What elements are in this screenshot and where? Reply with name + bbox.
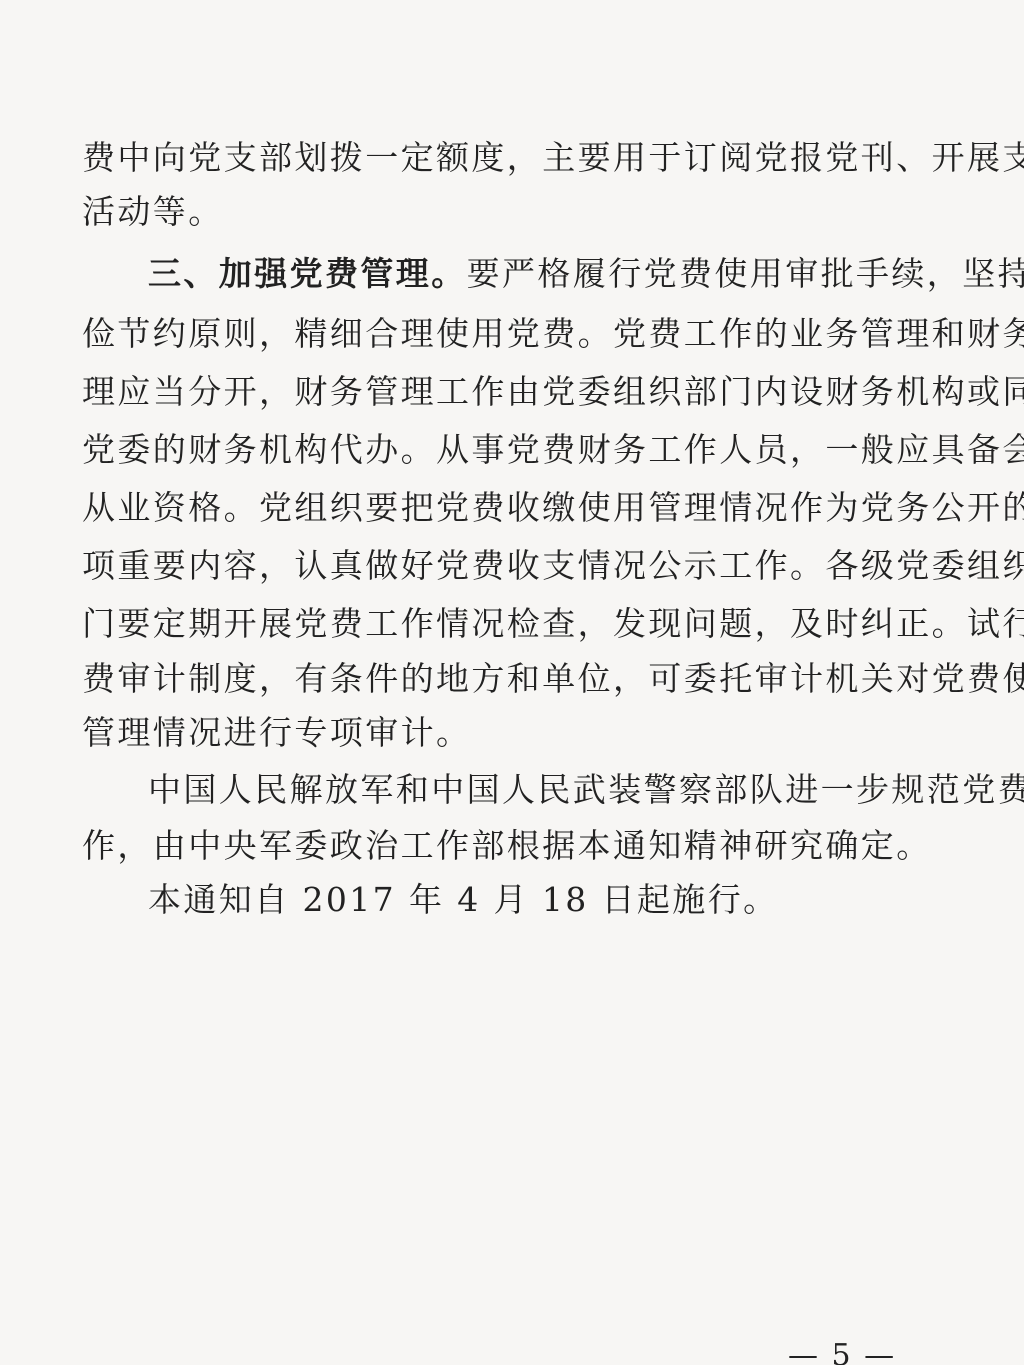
section-heading: 三、加强党费管理。 (148, 254, 467, 293)
text-line: 中国人民解放军和中国人民武装警察部队进一步规范党费工 (148, 770, 1024, 810)
text-line: 本通知自 2017 年 4 月 18 日起施行。 (148, 880, 779, 920)
document-page: 费中向党支部划拨一定额度，主要用于订阅党报党刊、开展支部 活动等。 三、加强党费… (0, 0, 1024, 1365)
text-line: 俭节约原则，精细合理使用党费。党费工作的业务管理和财务管 (82, 314, 1024, 354)
text-line: 理应当分开，财务管理工作由党委组织部门内设财务机构或同级 (82, 372, 1024, 412)
page-number: — 5 — (788, 1338, 896, 1365)
section-heading-line: 三、加强党费管理。要严格履行党费使用审批手续，坚持勤 (148, 254, 1024, 294)
text-line: 活动等。 (82, 192, 224, 232)
text-line: 作，由中央军委政治工作部根据本通知精神研究确定。 (82, 826, 932, 866)
text-line: 门要定期开展党费工作情况检查，发现问题，及时纠正。试行党 (82, 604, 1024, 644)
text-line: 费审计制度，有条件的地方和单位，可委托审计机关对党费使用 (82, 659, 1024, 699)
text-line: 从业资格。党组织要把党费收缴使用管理情况作为党务公开的一 (82, 488, 1024, 528)
text-line: 党委的财务机构代办。从事党费财务工作人员，一般应具备会计 (82, 430, 1024, 470)
text-line: 费中向党支部划拨一定额度，主要用于订阅党报党刊、开展支部 (82, 138, 1024, 178)
text-span: 要严格履行党费使用审批手续，坚持勤 (467, 254, 1024, 293)
text-line: 管理情况进行专项审计。 (82, 713, 471, 753)
text-line: 项重要内容，认真做好党费收支情况公示工作。各级党委组织部 (82, 546, 1024, 586)
